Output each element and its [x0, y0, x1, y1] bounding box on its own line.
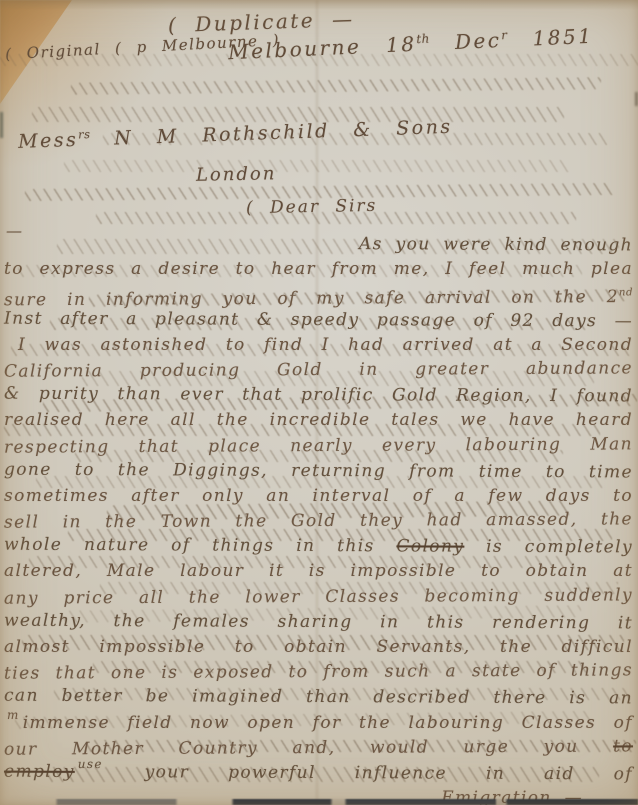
text-segment: whole nature of things in this [4, 535, 397, 557]
struck-word: Colony [396, 537, 464, 557]
letter-line: sure in informing you of my safe arrival… [4, 281, 633, 309]
top-shade [0, 0, 638, 10]
text-segment: our Mother Country and, would urge you [4, 736, 613, 759]
text-segment: is completely [464, 537, 633, 558]
struck-word: to [613, 736, 633, 756]
letter-line: altered, Male labour it is impossible to… [4, 559, 633, 584]
salutation: ( Dear Sirs [246, 196, 378, 218]
text-segment: Mess [18, 129, 79, 153]
letter-line: & purity than ever that prolific Gold Re… [4, 382, 633, 410]
text-segment: can better be imagined than described th… [4, 686, 633, 709]
letter-line: respecting that place nearly every labou… [4, 432, 633, 460]
text-segment: & purity than ever that prolific Gold Re… [4, 384, 633, 407]
letter-line: whole nature of things in this Colony is… [4, 533, 633, 561]
letter-line: gone to the Diggings, returning from tim… [4, 457, 633, 485]
letter-line: realised here all the incredible tales w… [4, 408, 633, 433]
text-segment: gone to the Diggings, returning from tim… [4, 459, 633, 482]
text-segment: th [416, 31, 430, 46]
text-segment: rs [78, 127, 91, 141]
text-segment: Inst after a pleasant & speedy passage o… [4, 308, 633, 331]
text-segment: As you were kind enough [359, 234, 633, 255]
city-line: London [196, 163, 277, 185]
text-segment: 1851 [507, 24, 594, 52]
letter-line: I was astonished to find I had arrived a… [4, 333, 633, 358]
text-segment: any price all the lower Classes becoming… [4, 585, 633, 608]
bottom-edge-strips [0, 799, 638, 805]
letter-line: California producing Gold in greater abu… [4, 356, 633, 384]
letter-line: can better be imagined than described th… [4, 684, 633, 712]
inserted-word: m [7, 708, 20, 722]
letter-line: employuse your powerful influence in aid… [4, 760, 633, 788]
letter-line: almost impossible to obtain Servants, th… [4, 635, 633, 660]
text-segment: sometimes after only an interval of a fe… [4, 486, 633, 506]
text-segment: immense field now open for the labouring… [23, 713, 633, 733]
text-segment: almost impossible to obtain Servants, th… [4, 637, 633, 657]
letter-scan: ( Duplicate — ( Original ( p Melbourne )… [0, 0, 638, 805]
text-segment: respecting that place nearly every labou… [4, 434, 633, 457]
text-segment: Dec [430, 28, 502, 55]
text-segment: I was astonished to find I had arrived a… [18, 335, 633, 355]
letter-line: sometimes after only an interval of a fe… [4, 484, 633, 509]
text-segment: your powerful influence in aid of [106, 762, 633, 784]
letter-line: mimmense field now open for the labourin… [4, 711, 633, 736]
edge-mark-left [0, 112, 3, 138]
text-segment: sell in the Town the Gold they had amass… [4, 509, 633, 532]
letter-line: As you were kind enough [4, 231, 633, 259]
text-segment: California producing Gold in greater abu… [4, 358, 633, 381]
text-segment: to express a desire to hear from me, I f… [4, 259, 633, 279]
text-segment: ties that one is exposed to from such a … [4, 661, 633, 684]
struck-word: employ [4, 762, 75, 782]
text-segment: realised here all the incredible tales w… [4, 410, 633, 430]
text-segment: nd [619, 288, 633, 299]
text-segment: wealthy, the females sharing in this ren… [4, 610, 633, 633]
letter-line: wealthy, the females sharing in this ren… [4, 608, 633, 636]
inserted-word: use [78, 757, 103, 771]
letter-body: As you were kind enoughto express a desi… [4, 232, 633, 805]
letter-line: to express a desire to hear from me, I f… [4, 257, 633, 282]
letter-line: any price all the lower Classes becoming… [4, 583, 633, 611]
letter-line: ties that one is exposed to from such a … [4, 659, 633, 687]
letter-line: Inst after a pleasant & speedy passage o… [4, 306, 633, 334]
text-segment: altered, Male labour it is impossible to… [4, 561, 633, 581]
letter-line: sell in the Town the Gold they had amass… [4, 507, 633, 535]
